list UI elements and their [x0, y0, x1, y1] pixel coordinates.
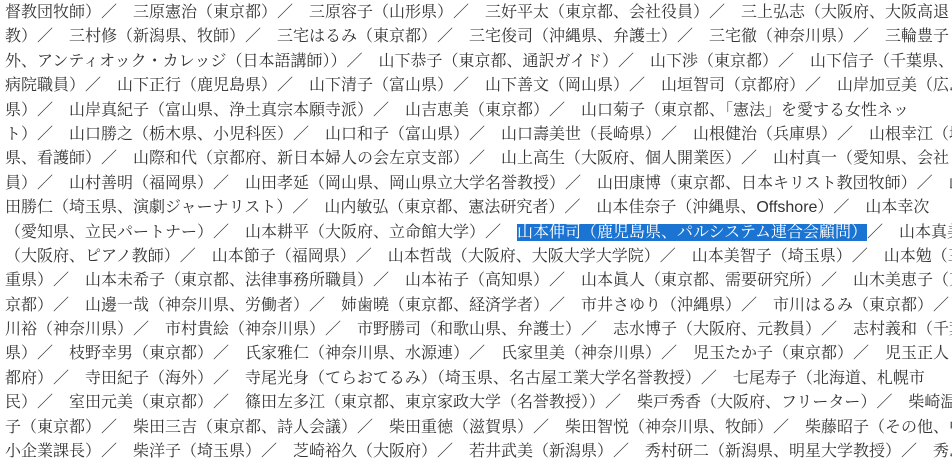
text-line: 民）／ 室田元美（東京都）／ 篠田左多江（東京都、東京家政大学（名誉教授））／ … — [5, 391, 952, 415]
text-line: 都府）／ 寺田紀子（海外）／ 寺尾光身（てらおてるみ）（埼玉県、名古屋工業大学名… — [5, 367, 952, 391]
text-line: 員）／ 山村善明（福岡県）／ 山田孝延（岡山県、岡山県立大学名誉教授）／ 山田康… — [5, 172, 952, 196]
text-line: 外、アンティオック・カレッジ（日本語講師））／ 山下恭子（東京都、通訳ガイド）／… — [5, 50, 952, 74]
text-line: 県）／ 枝野幸男（東京都）／ 氏家雅仁（神奈川県、水源連）／ 氏家里美（神奈川県… — [5, 342, 952, 366]
signatory-list-document: 督教団牧師）／ 三原憲治（東京都）／ 三原容子（山形県）／ 三好平太（東京都、会… — [0, 0, 952, 464]
text-line: （大阪府、ピアノ教師）／ 山本節子（福岡県）／ 山本哲哉（大阪府、大阪大学大学院… — [5, 245, 952, 269]
text-line: 田勝仁（埼玉県、演劇ジャーナリスト）／ 山内敏弘（東京都、憲法研究者）／ 山本佳… — [5, 196, 952, 220]
text-line: 督教団牧師）／ 三原憲治（東京都）／ 三原容子（山形県）／ 三好平太（東京都、会… — [5, 1, 952, 25]
text-line: 小企業課長）／ 柴洋子（埼玉県）／ 芝崎裕久（大阪府）／ 若井武美（新潟県）／ … — [5, 440, 952, 464]
text-before-selection: （愛知県、立民パートナー）／ 山本耕平（大阪府、立命館大学）／ — [5, 224, 517, 241]
text-after-selection: ／ 山本真美 — [867, 224, 952, 241]
text-line: ト）／ 山口勝之（栃木県、小児科医）／ 山口和子（富山県）／ 山口壽美世（長崎県… — [5, 123, 952, 147]
text-line: 県）／ 山岸真紀子（富山県、浄土真宗本願寺派）／ 山吉恵美（東京都）／ 山口菊子… — [5, 99, 952, 123]
selected-text: 山本伸司（鹿児島県、パルシステム連合会顧問） — [517, 224, 867, 241]
text-line: 重県）／ 山本未希子（東京都、法律事務所職員）／ 山本祐子（高知県）／ 山本眞人… — [5, 269, 952, 293]
text-line: 子（東京都）／ 柴田三吉（東京都、詩人会議）／ 柴田重徳（滋賀県）／ 柴田智悦（… — [5, 416, 952, 440]
text-line: 病院職員）／ 山下正行（鹿児島県）／ 山下清子（富山県）／ 山下善文（岡山県）／… — [5, 74, 952, 98]
text-line: 教）／ 三村修（新潟県、牧師）／ 三宅はるみ（東京都）／ 三宅俊司（沖縄県、弁護… — [5, 25, 952, 49]
text-line: 県、看護師）／ 山際和代（京都府、新日本婦人の会左京支部）／ 山上高生（大阪府、… — [5, 147, 952, 171]
text-line: 京都）／ 山邊一哉（神奈川県、労働者）／ 姉歯曉（東京都、経済学者）／ 市井さゆ… — [5, 294, 952, 318]
text-line-with-selection: （愛知県、立民パートナー）／ 山本耕平（大阪府、立命館大学）／ 山本伸司（鹿児島… — [5, 221, 952, 245]
text-line: 川裕（神奈川県）／ 市村貴絵（神奈川県）／ 市野勝司（和歌山県、弁護士）／ 志水… — [5, 318, 952, 342]
